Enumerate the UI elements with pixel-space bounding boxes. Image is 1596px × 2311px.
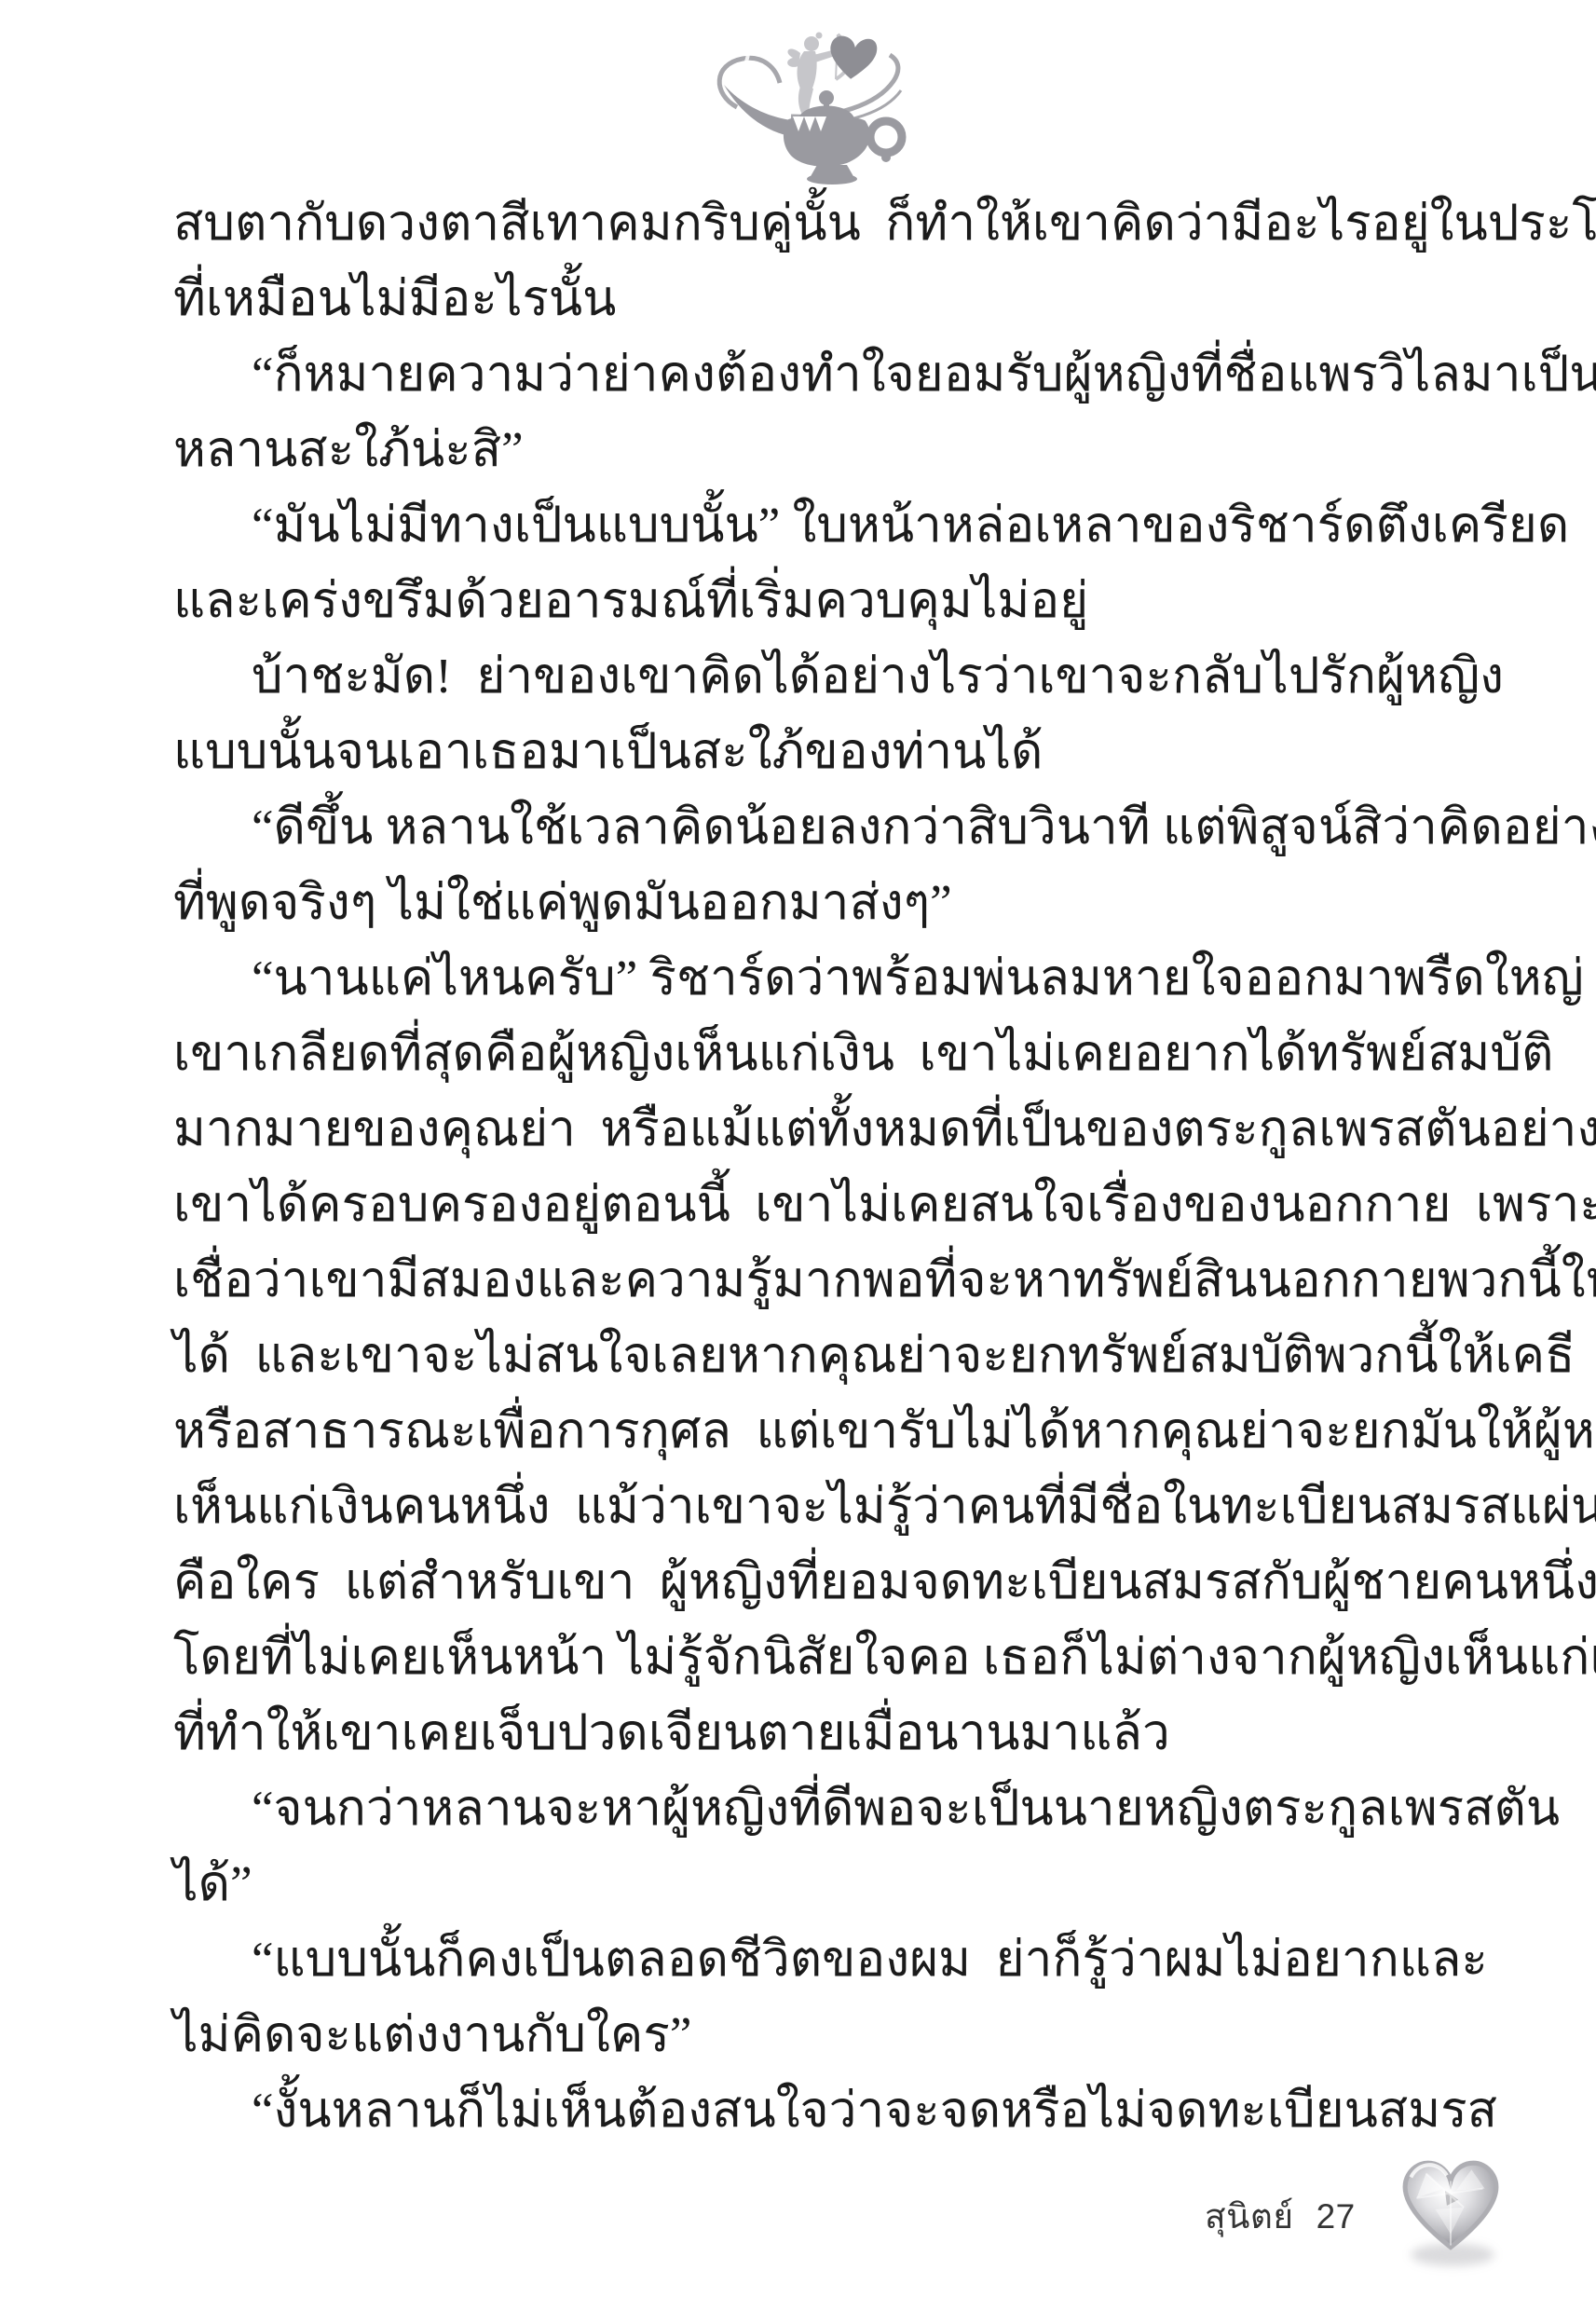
body-line: “ดีขึ้น หลานใช้เวลาคิดน้อยลงกว่าสิบวินาท… (173, 790, 1433, 866)
body-line: สบตากับดวงตาสีเทาคมกริบคู่นั้น ก็ทำให้เข… (173, 186, 1433, 262)
book-page: สบตากับดวงตาสีเทาคมกริบคู่นั้น ก็ทำให้เข… (0, 0, 1596, 2311)
body-line: ที่พูดจริงๆ ไม่ใช่แค่พูดมันออกมาส่งๆ” (173, 866, 1433, 941)
page-number: 27 (1316, 2197, 1356, 2236)
author-name: สุนิตย์ (1205, 2197, 1294, 2236)
body-line: ที่เหมือนไม่มีอะไรนั้น (173, 262, 1433, 337)
body-line: “นานแค่ไหนครับ” ริชาร์ดว่าพร้อมพ่นลมหายใ… (173, 941, 1433, 1017)
body-line: และเคร่งขรึมด้วยอารมณ์ที่เริ่มควบคุมไม่อ… (173, 564, 1433, 639)
body-line: “ก็หมายความว่าย่าคงต้องทำใจยอมรับผู้หญิง… (173, 337, 1433, 413)
body-line: ไม่คิดจะแต่งงานกับใคร” (173, 1998, 1433, 2073)
body-line: ได้ และเขาจะไม่สนใจเลยหากคุณย่าจะยกทรัพย… (173, 1319, 1433, 1394)
page-footer: สุนิตย์27 (1205, 2189, 1356, 2244)
header-ornament (694, 26, 974, 186)
body-line: “มันไม่มีทางเป็นแบบนั้น” ใบหน้าหล่อเหลาข… (173, 488, 1433, 564)
body-line: “งั้นหลานก็ไม่เห็นต้องสนใจว่าจะจดหรือไม่… (173, 2073, 1433, 2149)
heart-icon (826, 34, 879, 82)
page-text: สบตากับดวงตาสีเทาคมกริบคู่นั้น ก็ทำให้เข… (173, 186, 1433, 2149)
body-line: บ้าชะมัด! ย่าของเขาคิดได้อย่างไรว่าเขาจะ… (173, 639, 1433, 715)
body-line: เขาได้ครอบครองอยู่ตอนนี้ เขาไม่เคยสนใจเร… (173, 1168, 1433, 1243)
footer-ornament (1388, 2146, 1513, 2280)
cupid-genie-lamp-icon (694, 26, 974, 186)
body-line: โดยที่ไม่เคยเห็นหน้า ไม่รู้จักนิสัยใจคอ … (173, 1620, 1433, 1696)
crystal-heart-icon (1388, 2146, 1513, 2280)
body-line: เขาเกลียดที่สุดคือผู้หญิงเห็นแก่เงิน เขา… (173, 1017, 1433, 1092)
body-line: เชื่อว่าเขามีสมองและความรู้มากพอที่จะหาท… (173, 1243, 1433, 1319)
body-line: ได้” (173, 1847, 1433, 1922)
body-line: หลานสะใภ้น่ะสิ” (173, 413, 1433, 488)
body-line: “จนกว่าหลานจะหาผู้หญิงที่ดีพอจะเป็นนายหญ… (173, 1771, 1433, 1847)
body-line: ที่ทำให้เขาเคยเจ็บปวดเจียนตายเมื่อนานมาแ… (173, 1696, 1433, 1771)
body-line: หรือสาธารณะเพื่อการกุศล แต่เขารับไม่ได้ห… (173, 1394, 1433, 1470)
body-line: แบบนั้นจนเอาเธอมาเป็นสะใภ้ของท่านได้ (173, 715, 1433, 790)
body-line: คือใคร แต่สำหรับเขา ผู้หญิงที่ยอมจดทะเบี… (173, 1545, 1433, 1620)
body-line: “แบบนั้นก็คงเป็นตลอดชีวิตของผม ย่าก็รู้ว… (173, 1922, 1433, 1998)
body-line: มากมายของคุณย่า หรือแม้แต่ทั้งหมดที่เป็น… (173, 1092, 1433, 1168)
body-line: เห็นแก่เงินคนหนึ่ง แม้ว่าเขาจะไม่รู้ว่าค… (173, 1470, 1433, 1545)
